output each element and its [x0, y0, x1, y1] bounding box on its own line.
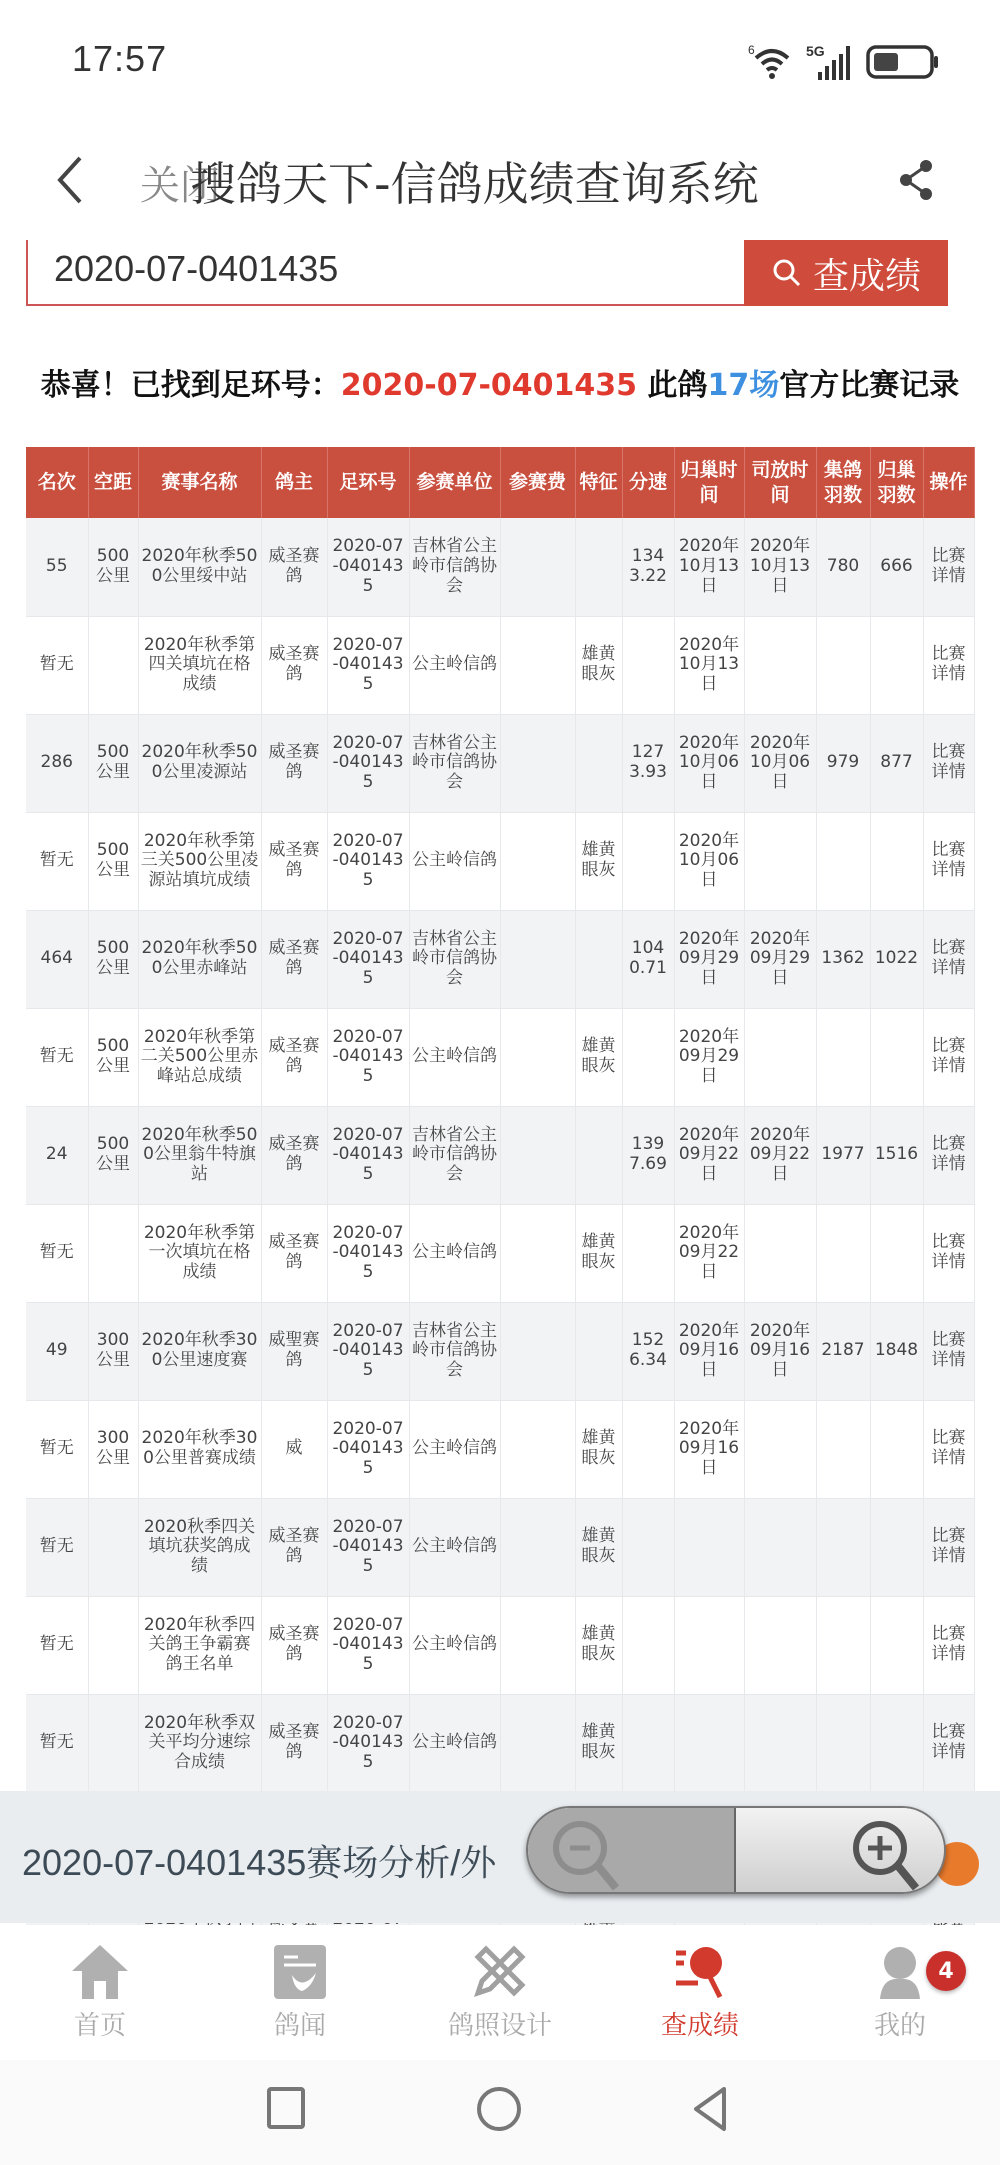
battery-icon [866, 44, 940, 80]
table-row: 55 500公里 2020年秋季500公里绥中站 威圣赛鸽 2020-07-04… [26, 518, 974, 616]
table-row: 暂无 2020年秋季双关平均分速综合成绩 威圣赛鸽 2020-07-040143… [26, 1694, 974, 1792]
cell-event: 2020年秋季第三关500公里凌源站填坑成绩 [138, 812, 261, 910]
cell-event: 2020年秋季300公里普赛成绩 [138, 1400, 261, 1498]
cell-returned: 877 [870, 714, 923, 812]
cell-ring: 2020-07-0401435 [327, 1596, 409, 1694]
header-fee: 参赛费 [500, 447, 575, 518]
analysis-link[interactable]: 2020-07-0401435赛场分析/外 [22, 1835, 496, 1886]
cell-event: 2020年秋季500公里翁牛特旗站 [138, 1106, 261, 1204]
cell-unit: 公主岭信鸽 [409, 1596, 500, 1694]
cell-distance: 500公里 [88, 812, 138, 910]
search-box [26, 240, 746, 306]
result-banner: 恭喜！已找到足环号：2020-07-0401435 此鸽17场官方比赛记录 [0, 360, 1000, 404]
share-icon[interactable] [896, 158, 936, 202]
cell-release-time: 2020年09月22日 [744, 1106, 816, 1204]
cell-event: 2020年秋季第一次填坑在格成绩 [138, 1204, 261, 1302]
cell-rank: 暂无 [26, 1204, 88, 1302]
table-row: 24 500公里 2020年秋季500公里翁牛特旗站 威圣赛鸽 2020-07-… [26, 1106, 974, 1204]
cell-distance [88, 1694, 138, 1792]
cell-fee [500, 518, 575, 616]
nav-bar: 关闭 搜鸽天下-信鸽成绩查询系统 [0, 140, 1000, 220]
cell-fee [500, 1498, 575, 1596]
header-ring: 足环号 [327, 447, 409, 518]
cell-returned [870, 1694, 923, 1792]
cell-feature: 雄黄眼灰 [575, 1400, 622, 1498]
tab-news-label: 鸽闻 [274, 2005, 326, 2042]
cell-collected: 780 [816, 518, 870, 616]
cell-release-time [744, 1204, 816, 1302]
cell-ring: 2020-07-0401435 [327, 518, 409, 616]
cell-return-time: 2020年10月06日 [674, 714, 744, 812]
cell-collected: 2187 [816, 1302, 870, 1400]
cell-event: 2020年秋季第二关500公里赤峰站总成绩 [138, 1008, 261, 1106]
cell-owner: 威聖赛鸽 [261, 1302, 327, 1400]
cell-return-time: 2020年09月22日 [674, 1106, 744, 1204]
cell-fee [500, 1008, 575, 1106]
cell-rank: 暂无 [26, 1400, 88, 1498]
svg-text:6: 6 [748, 43, 755, 57]
cell-rank: 暂无 [26, 1008, 88, 1106]
cell-ring: 2020-07-0401435 [327, 812, 409, 910]
cell-release-time: 2020年10月06日 [744, 714, 816, 812]
cell-event: 2020年秋季第四关填坑在格成绩 [138, 616, 261, 714]
cell-speed [622, 1008, 674, 1106]
header-feature: 特征 [575, 447, 622, 518]
cell-fee [500, 714, 575, 812]
recent-apps-icon[interactable] [266, 2086, 306, 2130]
cell-return-time: 2020年10月13日 [674, 518, 744, 616]
cell-speed [622, 1694, 674, 1792]
cell-unit: 公主岭信鸽 [409, 812, 500, 910]
page-title: 搜鸽天下-信鸽成绩查询系统 [190, 148, 759, 214]
cell-collected: 1977 [816, 1106, 870, 1204]
cell-return-time: 2020年09月29日 [674, 1008, 744, 1106]
header-action: 操作 [923, 447, 974, 518]
table-row: 49 300公里 2020年秋季300公里速度赛 威聖赛鸽 2020-07-04… [26, 1302, 974, 1400]
tab-profile[interactable]: 我的 4 [800, 1925, 1000, 2060]
notification-badge: 4 [926, 1951, 966, 1991]
cell-event: 2020年秋季四关鸽王争霸赛鸽王名单 [138, 1596, 261, 1694]
cell-owner: 威圣赛鸽 [261, 1596, 327, 1694]
back-icon[interactable] [50, 150, 90, 210]
header-owner: 鸽主 [261, 447, 327, 518]
cell-speed [622, 812, 674, 910]
cell-rank: 49 [26, 1302, 88, 1400]
cell-unit: 公主岭信鸽 [409, 1498, 500, 1596]
cell-ring: 2020-07-0401435 [327, 1302, 409, 1400]
cell-returned [870, 1498, 923, 1596]
cell-collected [816, 616, 870, 714]
cell-owner: 威圣赛鸽 [261, 1694, 327, 1792]
bottom-tab-bar: 首页 鸽闻 鸽照设计 查成绩 我的 4 [0, 1925, 1000, 2060]
cell-collected [816, 1694, 870, 1792]
cell-unit: 吉林省公主岭市信鸽协会 [409, 910, 500, 1008]
cell-fee [500, 1694, 575, 1792]
cell-speed: 1526.34 [622, 1302, 674, 1400]
cell-collected: 979 [816, 714, 870, 812]
tab-news[interactable]: 鸽闻 [200, 1925, 400, 2060]
cell-release-time [744, 1400, 816, 1498]
cell-distance: 300公里 [88, 1400, 138, 1498]
race-detail-link[interactable]: 比赛详情 [923, 1596, 974, 1694]
tab-search-results[interactable]: 查成绩 [600, 1925, 800, 2060]
cell-rank: 暂无 [26, 1498, 88, 1596]
cell-event: 2020秋季四关填坑获奖鸽成绩 [138, 1498, 261, 1596]
cell-ring: 2020-07-0401435 [327, 714, 409, 812]
cell-ring: 2020-07-0401435 [327, 1008, 409, 1106]
header-return-time: 归巢时间 [674, 447, 744, 518]
header-release-time: 司放时间 [744, 447, 816, 518]
cell-returned [870, 812, 923, 910]
tab-home-label: 首页 [74, 2005, 126, 2042]
cell-fee [500, 1400, 575, 1498]
cell-unit: 吉林省公主岭市信鸽协会 [409, 518, 500, 616]
cell-release-time [744, 1498, 816, 1596]
cell-fee [500, 1106, 575, 1204]
cell-release-time: 2020年09月16日 [744, 1302, 816, 1400]
race-detail-link[interactable]: 比赛详情 [923, 1106, 974, 1204]
cell-owner: 威 [261, 1400, 327, 1498]
cell-return-time: 2020年10月06日 [674, 812, 744, 910]
cell-speed [622, 1498, 674, 1596]
cell-release-time: 2020年09月29日 [744, 910, 816, 1008]
zoom-in-button[interactable] [736, 1808, 944, 1892]
cell-return-time: 2020年09月22日 [674, 1204, 744, 1302]
race-detail-link[interactable]: 比赛详情 [923, 1302, 974, 1400]
cell-rank: 464 [26, 910, 88, 1008]
cell-ring: 2020-07-0401435 [327, 1106, 409, 1204]
cell-distance [88, 1204, 138, 1302]
cell-rank: 55 [26, 518, 88, 616]
cell-fee [500, 1204, 575, 1302]
header-event: 赛事名称 [138, 447, 261, 518]
table-row: 暂无 2020年秋季第一次填坑在格成绩 威圣赛鸽 2020-07-0401435… [26, 1204, 974, 1302]
profile-icon [872, 1943, 928, 1999]
cell-return-time: 2020年10月13日 [674, 616, 744, 714]
cell-fee [500, 910, 575, 1008]
tab-profile-label: 我的 [874, 2005, 926, 2042]
cell-feature: 雄黄眼灰 [575, 1008, 622, 1106]
cell-unit: 公主岭信鸽 [409, 616, 500, 714]
cell-distance [88, 1596, 138, 1694]
search-results-button[interactable]: 查成绩 [744, 240, 948, 306]
race-detail-link[interactable]: 比赛详情 [923, 616, 974, 714]
zoom-out-button[interactable] [528, 1808, 736, 1892]
cell-fee [500, 812, 575, 910]
cell-ring: 2020-07-0401435 [327, 1204, 409, 1302]
cell-distance: 500公里 [88, 1106, 138, 1204]
cell-event: 2020年秋季双关平均分速综合成绩 [138, 1694, 261, 1792]
cell-ring: 2020-07-0401435 [327, 1400, 409, 1498]
cell-returned: 1516 [870, 1106, 923, 1204]
cell-return-time [674, 1694, 744, 1792]
cell-returned: 1022 [870, 910, 923, 1008]
cell-unit: 吉林省公主岭市信鸽协会 [409, 1106, 500, 1204]
banner-prefix: 恭喜！已找到足环号： [41, 368, 341, 403]
design-icon [472, 1943, 528, 1999]
race-detail-link[interactable]: 比赛详情 [923, 714, 974, 812]
cell-event: 2020年秋季500公里绥中站 [138, 518, 261, 616]
table-row: 286 500公里 2020年秋季500公里凌源站 威圣赛鸽 2020-07-0… [26, 714, 974, 812]
zoom-control [526, 1806, 946, 1894]
cell-collected [816, 812, 870, 910]
table-row: 暂无 300公里 2020年秋季300公里普赛成绩 威 2020-07-0401… [26, 1400, 974, 1498]
cell-speed [622, 1596, 674, 1694]
banner-suffix: 官方比赛记录 [779, 368, 959, 403]
banner-middle: 此鸽 [637, 368, 707, 403]
cell-feature: 雄黄眼灰 [575, 812, 622, 910]
cell-event: 2020年秋季300公里速度赛 [138, 1302, 261, 1400]
cell-collected [816, 1008, 870, 1106]
svg-text:5G: 5G [806, 43, 825, 59]
cell-returned [870, 1400, 923, 1498]
cell-returned: 666 [870, 518, 923, 616]
header-returned: 归巢羽数 [870, 447, 923, 518]
cell-unit: 公主岭信鸽 [409, 1694, 500, 1792]
status-bar: 17:57 6 5G [0, 0, 1000, 125]
cell-unit: 吉林省公主岭市信鸽协会 [409, 714, 500, 812]
cell-unit: 公主岭信鸽 [409, 1008, 500, 1106]
cell-owner: 威圣赛鸽 [261, 1008, 327, 1106]
cell-speed [622, 616, 674, 714]
cell-feature [575, 518, 622, 616]
cell-owner: 威圣赛鸽 [261, 518, 327, 616]
cell-release-time [744, 812, 816, 910]
wifi-icon: 6 [748, 42, 794, 82]
cell-event: 2020年秋季500公里赤峰站 [138, 910, 261, 1008]
cell-distance: 500公里 [88, 1008, 138, 1106]
race-detail-link[interactable]: 比赛详情 [923, 910, 974, 1008]
cell-ring: 2020-07-0401435 [327, 910, 409, 1008]
cell-distance [88, 616, 138, 714]
banner-ring-number: 2020-07-0401435 [341, 368, 637, 403]
cell-owner: 威圣赛鸽 [261, 812, 327, 910]
table-row: 暂无 2020年秋季四关鸽王争霸赛鸽王名单 威圣赛鸽 2020-07-04014… [26, 1596, 974, 1694]
home-button-icon[interactable] [476, 2086, 522, 2132]
table-row: 暂无 2020秋季四关填坑获奖鸽成绩 威圣赛鸽 2020-07-0401435 … [26, 1498, 974, 1596]
cell-returned [870, 1204, 923, 1302]
cell-owner: 威圣赛鸽 [261, 714, 327, 812]
cell-fee [500, 1596, 575, 1694]
cell-speed [622, 1204, 674, 1302]
cell-feature [575, 714, 622, 812]
cell-collected [816, 1596, 870, 1694]
cell-return-time: 2020年09月16日 [674, 1400, 744, 1498]
header-collected: 集鸽羽数 [816, 447, 870, 518]
cell-return-time: 2020年09月29日 [674, 910, 744, 1008]
cell-owner: 威圣赛鸽 [261, 1498, 327, 1596]
header-rank: 名次 [26, 447, 88, 518]
cell-distance: 300公里 [88, 1302, 138, 1400]
zoom-out-icon [544, 1808, 634, 1894]
cell-return-time: 2020年09月16日 [674, 1302, 744, 1400]
cell-feature [575, 910, 622, 1008]
cell-collected [816, 1400, 870, 1498]
home-icon [70, 1943, 130, 1999]
system-nav-bar [0, 2060, 1000, 2165]
cell-owner: 威圣赛鸽 [261, 910, 327, 1008]
race-detail-link[interactable]: 比赛详情 [923, 1694, 974, 1792]
tab-design-label: 鸽照设计 [448, 2005, 552, 2042]
cell-feature: 雄黄眼灰 [575, 1204, 622, 1302]
race-detail-link[interactable]: 比赛详情 [923, 812, 974, 910]
cell-unit: 吉林省公主岭市信鸽协会 [409, 1302, 500, 1400]
cell-feature: 雄黄眼灰 [575, 1596, 622, 1694]
header-speed: 分速 [622, 447, 674, 518]
cell-return-time [674, 1596, 744, 1694]
cell-feature: 雄黄眼灰 [575, 1694, 622, 1792]
cell-owner: 威圣赛鸽 [261, 616, 327, 714]
cell-distance [88, 1498, 138, 1596]
cell-release-time: 2020年10月13日 [744, 518, 816, 616]
cell-collected [816, 1498, 870, 1596]
cell-rank: 暂无 [26, 616, 88, 714]
cell-returned [870, 616, 923, 714]
table-row: 暂无 500公里 2020年秋季第二关500公里赤峰站总成绩 威圣赛鸽 2020… [26, 1008, 974, 1106]
cell-ring: 2020-07-0401435 [327, 1498, 409, 1596]
cell-distance: 500公里 [88, 518, 138, 616]
cell-ring: 2020-07-0401435 [327, 1694, 409, 1792]
cell-distance: 500公里 [88, 714, 138, 812]
search-icon [771, 257, 803, 289]
cell-owner: 威圣赛鸽 [261, 1204, 327, 1302]
cell-distance: 500公里 [88, 910, 138, 1008]
tab-search-results-label: 查成绩 [661, 2005, 739, 2042]
cell-owner: 威圣赛鸽 [261, 1106, 327, 1204]
cell-release-time [744, 1694, 816, 1792]
status-time: 17:57 [72, 38, 167, 80]
cell-unit: 公主岭信鸽 [409, 1204, 500, 1302]
cell-returned: 1848 [870, 1302, 923, 1400]
cell-rank: 暂无 [26, 1694, 88, 1792]
cell-rank: 暂无 [26, 1596, 88, 1694]
cell-speed [622, 1400, 674, 1498]
race-detail-link[interactable]: 比赛详情 [923, 1204, 974, 1302]
cell-feature: 雄黄眼灰 [575, 616, 622, 714]
cell-feature [575, 1302, 622, 1400]
race-detail-link[interactable]: 比赛详情 [923, 518, 974, 616]
race-detail-link[interactable]: 比赛详情 [923, 1498, 974, 1596]
cell-rank: 286 [26, 714, 88, 812]
cell-release-time [744, 1596, 816, 1694]
status-icons: 6 5G [748, 42, 940, 82]
table-header-row: 名次 空距 赛事名称 鸽主 足环号 参赛单位 参赛费 特征 分速 归巢时间 司放… [26, 447, 974, 518]
header-distance: 空距 [88, 447, 138, 518]
table-row: 暂无 500公里 2020年秋季第三关500公里凌源站填坑成绩 威圣赛鸽 202… [26, 812, 974, 910]
signal-5g-icon: 5G [804, 42, 856, 82]
cell-returned [870, 1008, 923, 1106]
cell-fee [500, 616, 575, 714]
cell-collected: 1362 [816, 910, 870, 1008]
ring-number-input[interactable] [54, 248, 734, 290]
table-row: 464 500公里 2020年秋季500公里赤峰站 威圣赛鸽 2020-07-0… [26, 910, 974, 1008]
cell-feature: 雄黄眼灰 [575, 1498, 622, 1596]
news-icon [272, 1943, 328, 1999]
cell-event: 2020年秋季500公里凌源站 [138, 714, 261, 812]
cell-rank: 暂无 [26, 812, 88, 910]
cell-release-time [744, 616, 816, 714]
banner-count: 17场 [707, 368, 779, 403]
search-button-label: 查成绩 [813, 248, 921, 299]
cell-release-time [744, 1008, 816, 1106]
cell-return-time [674, 1498, 744, 1596]
race-detail-link[interactable]: 比赛详情 [923, 1400, 974, 1498]
cell-collected [816, 1204, 870, 1302]
cell-speed: 1397.69 [622, 1106, 674, 1204]
cell-returned [870, 1596, 923, 1694]
cell-rank: 24 [26, 1106, 88, 1204]
header-unit: 参赛单位 [409, 447, 500, 518]
tab-design[interactable]: 鸽照设计 [400, 1925, 600, 2060]
back-button-icon[interactable] [690, 2086, 730, 2132]
cell-fee [500, 1302, 575, 1400]
race-detail-link[interactable]: 比赛详情 [923, 1008, 974, 1106]
search-results-icon [670, 1943, 730, 1999]
tab-home[interactable]: 首页 [0, 1925, 200, 2060]
cell-unit: 公主岭信鸽 [409, 1400, 500, 1498]
cell-speed: 1040.71 [622, 910, 674, 1008]
cell-speed: 1343.22 [622, 518, 674, 616]
cell-feature [575, 1106, 622, 1204]
cell-speed: 1273.93 [622, 714, 674, 812]
zoom-in-icon [844, 1808, 934, 1894]
table-row: 暂无 2020年秋季第四关填坑在格成绩 威圣赛鸽 2020-07-0401435… [26, 616, 974, 714]
cell-ring: 2020-07-0401435 [327, 616, 409, 714]
